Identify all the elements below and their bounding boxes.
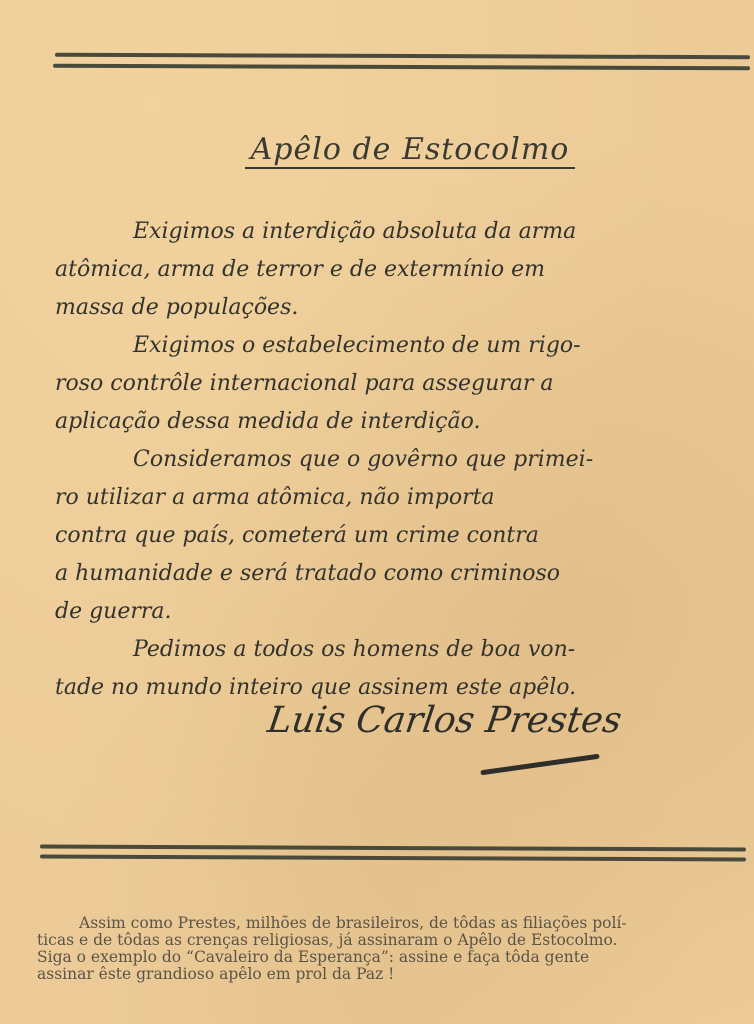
footer-line: ticas e de tôdas as crenças religiosas, … — [37, 932, 747, 949]
handwritten-body: Exigimos a interdição absoluta da arma a… — [55, 213, 750, 707]
text-line: Exigimos a interdição absoluta da arma — [55, 213, 750, 251]
paragraph-1: Exigimos a interdição absoluta da arma a… — [55, 213, 750, 327]
top-rule-1 — [55, 53, 750, 59]
text-line: aplicação dessa medida de interdição. — [55, 403, 750, 441]
bottom-rule-1 — [40, 844, 746, 851]
text-line: massa de populações. — [55, 289, 750, 327]
text-line: Consideramos que o govêrno que primei- — [55, 441, 750, 479]
text-line: contra que país, cometerá um crime contr… — [55, 517, 750, 555]
footer-line: assinar êste grandioso apêlo em prol da … — [37, 966, 747, 983]
title-text: Apêlo de Estocolmo — [245, 132, 576, 169]
signature: Luis Carlos Prestes — [265, 700, 624, 741]
paragraph-2: Exigimos o estabelecimento de um rigo- r… — [55, 327, 750, 441]
text-line: roso contrôle internacional para assegur… — [55, 365, 750, 403]
text-line: atômica, arma de terror e de extermínio … — [55, 251, 750, 289]
text-line: a humanidade e será tratado como crimino… — [55, 555, 750, 593]
paragraph-3: Consideramos que o govêrno que primei- r… — [55, 441, 750, 631]
text-line: Pedimos a todos os homens de boa von- — [55, 631, 750, 669]
document-page: Apêlo de Estocolmo Exigimos a interdição… — [0, 0, 754, 1024]
footer-line: Assim como Prestes, milhões de brasileir… — [37, 915, 747, 932]
signature-flourish — [480, 754, 600, 776]
footer-line: Siga o exemplo do “Cavaleiro da Esperanç… — [37, 949, 747, 966]
text-line: ro utilizar a arma atômica, não importa — [55, 479, 750, 517]
bottom-rule-2 — [40, 854, 746, 861]
printed-footer: Assim como Prestes, milhões de brasileir… — [37, 915, 747, 983]
top-rule-2 — [53, 64, 750, 70]
text-line: de guerra. — [55, 593, 750, 631]
text-line: Exigimos o estabelecimento de um rigo- — [55, 327, 750, 365]
paragraph-4: Pedimos a todos os homens de boa von- ta… — [55, 631, 750, 707]
document-title: Apêlo de Estocolmo — [230, 132, 590, 167]
